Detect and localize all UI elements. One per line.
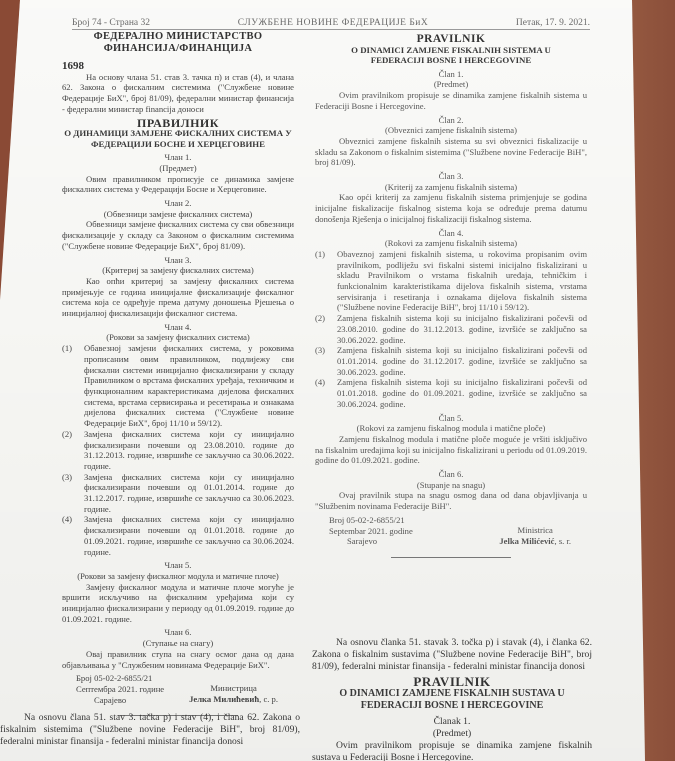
article-heading: Član 1. [315,69,587,80]
article-text: Овим правилником прописује се динамика з… [62,174,294,195]
regulation-title: PRAVILNIK [315,34,587,45]
regulation-title: ПРАВИЛНИК [62,118,294,129]
article-item: (2) Замјена фискалних система који су ин… [62,429,294,472]
article-text: Obveznici zamjene fiskalnih sistema su s… [315,136,587,168]
article-heading: Члан 3. [62,255,294,266]
signature-place: Sarajevo [329,536,413,547]
signatory-role: Ministrica [499,525,571,536]
croatian-column: Na osnovu članka 51. stavak 3. točka p) … [312,637,592,761]
article-subject: (Рокови за замјену фискалних система) [62,332,294,343]
article-item: (4) Замјена фискалних система који су ин… [62,514,294,557]
article-subject: (Predmet) [315,79,587,90]
signature-block: Број 05-02-2-6855/21 Септембра 2021. год… [62,673,294,705]
article-heading: Član 5. [315,413,587,424]
latin-preamble-column: Na osnovu člana 51. stav 3. tačka p) i s… [0,712,300,749]
preamble: Na osnovu člana 51. stav 3. tačka p) i s… [0,712,300,749]
article-heading: Član 2. [315,115,587,126]
article-item: (2) Zamjena fiskalnih sistema koji su in… [315,313,587,345]
regulation-subtitle: O DINAMICI ZAMJENE FISKALNIH SISTEMA U F… [315,45,587,66]
signature-block: Broj 05-02-2-6855/21 Septembar 2021. god… [315,515,587,547]
issue-date: Петак, 17. 9. 2021. [516,18,590,28]
regulation-subtitle: O DINAMICI ZAMJENE FISKALNIH SUSTAVA U F… [312,688,592,712]
article-item: (3) Zamjena fiskalnih sistema koji su in… [315,345,587,377]
article-text: Замјену фискалног модула и матичне плоче… [62,582,294,625]
article-subject: (Rokovi za zamjenu fiskalnog modula i ma… [315,423,587,434]
latin-column: PRAVILNIK O DINAMICI ZAMJENE FISKALNIH S… [315,31,587,566]
ministry-heading: ФЕДЕРАЛНО МИНИСТАРСТВО ФИНАНСИЈА/ФИНАНЦИ… [62,31,294,54]
cyrillic-column: ФЕДЕРАЛНО МИНИСТАРСТВО ФИНАНСИЈА/ФИНАНЦИ… [62,31,294,724]
reference-number: Broj 05-02-2-6855/21 [329,515,413,526]
article-subject: (Obveznici zamjene fiskalnih sistema) [315,125,587,136]
article-item: (4) Zamjena fiskalnih sistema koji su in… [315,377,587,409]
article-heading: Члан 2. [62,198,294,209]
gazette-page: Број 74 - Страна 32 СЛУЖБЕНЕ НОВИНЕ ФЕДЕ… [0,0,675,761]
preamble: Na osnovu članka 51. stavak 3. točka p) … [312,637,592,673]
reference-number: Број 05-02-2-6855/21 [76,673,164,684]
article-subject: (Predmet) [312,728,592,740]
article-item: (1) Обавезној замјени фискалних система,… [62,343,294,429]
signatory-name: Jelka Milićević [499,536,554,546]
article-text: Као опћи критериј за замјену фискалних с… [62,276,294,319]
gazette-title: СЛУЖБЕНЕ НОВИНЕ ФЕДЕРАЦИЈЕ БиХ [238,18,429,28]
regulation-title: PRAVILNIK [312,676,592,688]
article-heading: Члан 1. [62,152,294,163]
article-subject: (Rokovi za zamjenu fiskalnih sistema) [315,238,587,249]
page-number-label: Број 74 - Страна 32 [72,18,150,28]
article-text: Zamjenu fiskalnog modula i matične ploče… [315,434,587,466]
signatory-role: Министрица [189,683,278,694]
article-heading: Члан 5. [62,560,294,571]
regulation-subtitle: О ДИНАМИЦИ ЗАМЈЕНЕ ФИСКАЛНИХ СИСТЕМА У Ф… [62,128,294,149]
article-text: Kao opći kriterij za zamjenu fiskalnih s… [315,192,587,224]
document-number: 1698 [62,61,294,72]
article-text: Ovaj pravilnik stupa na snagu osmog dana… [315,490,587,511]
signature-date: Септембра 2021. године [76,684,164,695]
article-item: (1) Obaveznoj zamjeni fiskalnih sistema,… [315,249,587,313]
article-heading: Član 4. [315,228,587,239]
article-heading: Članak 1. [312,716,592,728]
article-text: Ovim pravilnikom propisuje se dinamika z… [312,740,592,761]
article-subject: (Предмет) [62,163,294,174]
article-subject: (Kriterij za zamjenu fiskalnih sistema) [315,182,587,193]
article-heading: Члан 4. [62,322,294,333]
signatory-name: Јелка Милићевић [189,694,259,704]
article-text: Ovim pravilnikom propisuje se dinamika z… [315,90,587,111]
signature-place: Сарајево [76,695,164,706]
article-subject: (Рокови за замјену фискалног модула и ма… [62,571,294,582]
article-subject: (Stupanje na snagu) [315,480,587,491]
article-text: Овај правилник ступа на снагу осмог дана… [62,649,294,670]
article-subject: (Обвезници замјене фискалних система) [62,209,294,220]
running-header: Број 74 - Страна 32 СЛУЖБЕНЕ НОВИНЕ ФЕДЕ… [72,18,590,30]
section-divider [391,557,511,558]
article-subject: (Ступање на снагу) [62,638,294,649]
article-subject: (Критериј за замјену фискалних система) [62,265,294,276]
article-text: Обвезници замјене фискалних система су с… [62,219,294,251]
article-item: (3) Замјена фискалних система који су ин… [62,472,294,515]
article-heading: Član 3. [315,171,587,182]
signature-date: Septembar 2021. godine [329,526,413,537]
article-heading: Члан 6. [62,627,294,638]
preamble: На основу члана 51. став 3. тачка п) и с… [62,72,294,115]
article-heading: Član 6. [315,469,587,480]
